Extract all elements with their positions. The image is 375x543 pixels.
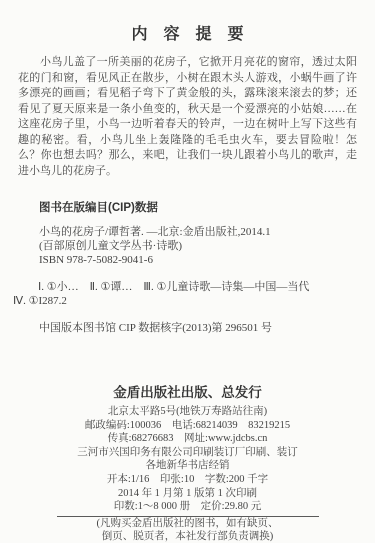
colophon-section: 金盾出版社出版、总发行 北京太平路5号(地铁万寿路站往南) 邮政编码:10003…	[0, 381, 375, 543]
format-line: 开本:1/16 印张:10 字数:200 千字	[0, 473, 375, 487]
note-line-1: (凡购买金盾出版社的图书，如有缺页、	[0, 518, 375, 531]
cip-record-number-line: 中国版本图书馆 CIP 数据核字(2013)第 296501 号	[39, 319, 375, 335]
cip-class-line-2: Ⅳ. ①I287.2	[13, 295, 361, 309]
print-run-price-line: 印数:1～8 000 册 定价:29.80 元	[0, 500, 375, 514]
distributor-line: 各地新华书店经销	[0, 459, 375, 473]
note-divider	[57, 516, 319, 517]
cip-isbn-line: ISBN 978-7-5082-9041-6	[39, 253, 357, 267]
postal-phone-line: 邮政编码:100036 电话:68214039 83219215	[0, 419, 375, 433]
cip-class-line-1: Ⅰ. ①小… Ⅱ. ①谭… Ⅲ. ①儿童诗歌—诗集—中国—当代	[13, 281, 361, 295]
address-line: 北京太平路5号(地铁万寿路站往南)	[0, 405, 375, 419]
printer-line: 三河市兴国印务有限公司印刷装订厂印刷、装订	[0, 446, 375, 460]
cip-series-line: (百部原创儿童文学丛书·诗歌)	[39, 239, 357, 253]
note-line-2: 倒页、脱页者，本社发行部负责调换)	[0, 531, 375, 543]
cip-classification-block: Ⅰ. ①小… Ⅱ. ①谭… Ⅲ. ①儿童诗歌—诗集—中国—当代 Ⅳ. ①I287…	[13, 281, 361, 308]
summary-paragraph: 小鸟儿盖了一所美丽的花房子，它掀开月亮花的窗帘，透过太阳花的门和窗，看见风正在散…	[18, 55, 357, 179]
publisher-line: 金盾出版社出版、总发行	[0, 381, 375, 401]
cip-header: 图书在版编目(CIP)数据	[39, 199, 375, 215]
cip-record-block: 小鸟的花房子/谭哲著. —北京:金盾出版社,2014.1 (百部原创儿童文学丛书…	[39, 225, 357, 267]
edition-line: 2014 年 1 月第 1 版第 1 次印刷	[0, 487, 375, 501]
fax-website-line: 传真:68276683 网址:www.jdcbs.cn	[0, 432, 375, 446]
cip-title-line: 小鸟的花房子/谭哲著. —北京:金盾出版社,2014.1	[39, 225, 357, 239]
copyright-page: 内 容 提 要 小鸟儿盖了一所美丽的花房子，它掀开月亮花的窗帘，透过太阳花的门和…	[0, 0, 375, 543]
cip-section: 图书在版编目(CIP)数据 小鸟的花房子/谭哲著. —北京:金盾出版社,2014…	[0, 199, 375, 335]
page-title: 内 容 提 要	[0, 0, 375, 44]
